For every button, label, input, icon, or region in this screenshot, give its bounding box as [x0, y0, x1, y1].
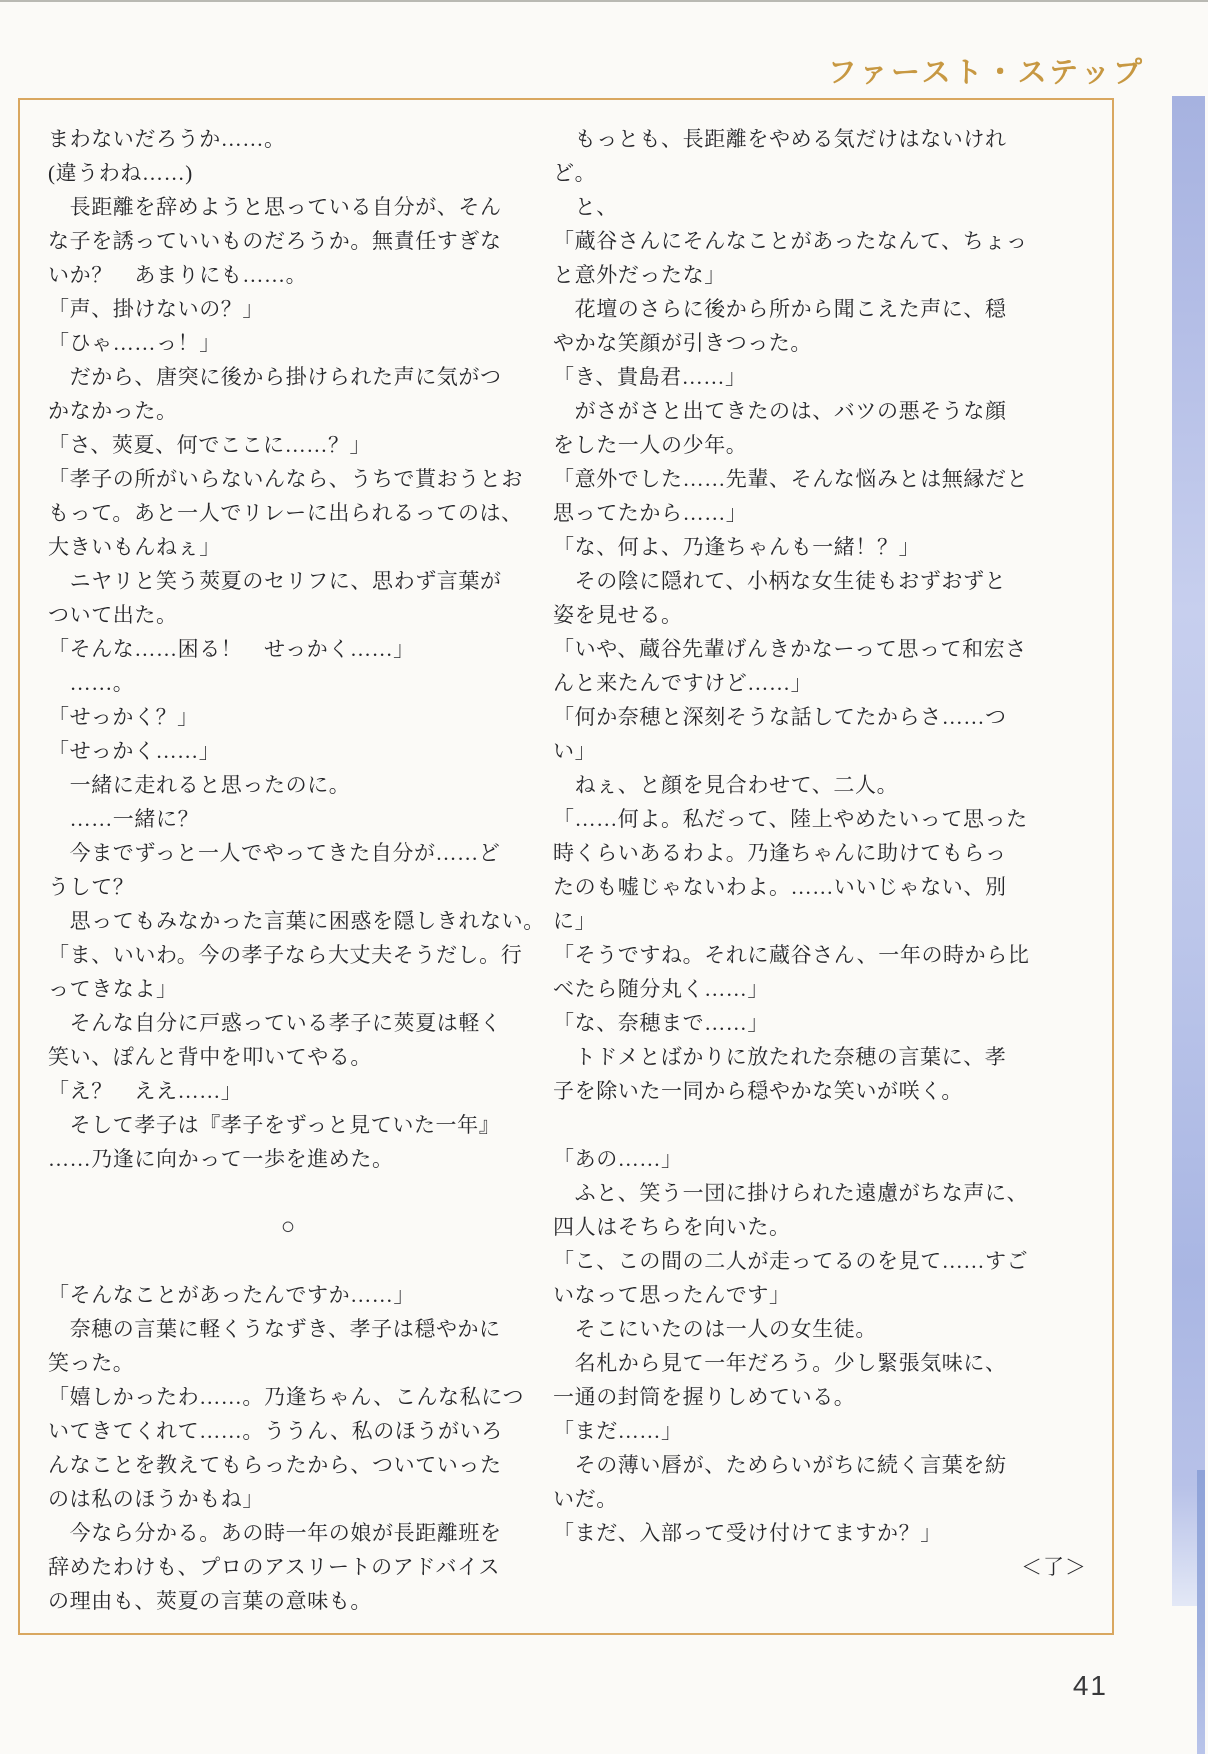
text-line: 「そんな……困る！ せっかく……」 — [48, 632, 528, 666]
text-line: たのも嘘じゃないわよ。……いいじゃない、別 — [553, 870, 1101, 904]
text-line: いか？ あまりにも……。 — [48, 258, 528, 292]
text-line: まわないだろうか……。 — [48, 122, 528, 156]
right-column-lines: もっとも、長距離をやめる気だけはないけれど。 と、「蔵谷さんにそんなことがあった… — [553, 122, 1101, 1550]
text-line: 「せっかく？」 — [48, 700, 528, 734]
text-line: 「な、何よ、乃逢ちゃんも一緒！？」 — [553, 530, 1101, 564]
right-column: もっとも、長距離をやめる気だけはないけれど。 と、「蔵谷さんにそんなことがあった… — [553, 122, 1101, 1584]
text-line: 姿を見せる。 — [553, 598, 1101, 632]
text-line: 「え？ ええ……」 — [48, 1074, 528, 1108]
text-line: やかな笑顔が引きつった。 — [553, 326, 1101, 360]
page-header-title: ファースト・ステップ — [828, 50, 1145, 91]
text-line: 「まだ、入部って受け付けてますか？」 — [553, 1516, 1101, 1550]
text-line: いだ。 — [553, 1482, 1101, 1516]
text-line: んと来たんですけど……」 — [553, 666, 1101, 700]
page-top-edge — [0, 0, 1208, 2]
text-line: 大きいもんねぇ」 — [48, 530, 528, 564]
section-divider-circle: ○ — [48, 1176, 528, 1278]
text-line: もって。あと一人でリレーに出られるってのは、 — [48, 496, 528, 530]
text-line: 笑った。 — [48, 1346, 528, 1380]
text-line: うして？ — [48, 870, 528, 904]
text-line — [553, 1108, 1101, 1142]
text-line: がさがさと出てきたのは、バツの悪そうな顔 — [553, 394, 1101, 428]
text-line: 「な、奈穂まで……」 — [553, 1006, 1101, 1040]
text-frame: まわないだろうか……。(違うわね……) 長距離を辞めようと思っている自分が、そん… — [18, 98, 1114, 1635]
text-line: そんな自分に戸惑っている孝子に莢夏は軽く — [48, 1006, 528, 1040]
left-column: まわないだろうか……。(違うわね……) 長距離を辞めようと思っている自分が、そん… — [48, 122, 528, 1618]
text-line: 四人はそちらを向いた。 — [553, 1210, 1101, 1244]
text-line: もっとも、長距離をやめる気だけはないけれ — [553, 122, 1101, 156]
text-line: かなかった。 — [48, 394, 528, 428]
text-line: 一緒に走れると思ったのに。 — [48, 768, 528, 802]
text-line: 一通の封筒を握りしめている。 — [553, 1380, 1101, 1414]
text-line: のは私のほうかもね」 — [48, 1482, 528, 1516]
text-line: 「嬉しかったわ……。乃逢ちゃん、こんな私につ — [48, 1380, 528, 1414]
text-line: 花壇のさらに後から所から聞こえた声に、穏 — [553, 292, 1101, 326]
text-line: ……一緒に？ — [48, 802, 528, 836]
text-line: 思ってもみなかった言葉に困惑を隠しきれない。 — [48, 904, 528, 938]
text-line: ……。 — [48, 666, 528, 700]
book-page: ファースト・ステップ まわないだろうか……。(違うわね……) 長距離を辞めようと… — [0, 0, 1208, 1754]
text-line: 「いや、蔵谷先輩げんきかなーって思って和宏さ — [553, 632, 1101, 666]
text-line: ど。 — [553, 156, 1101, 190]
text-line: 「まだ……」 — [553, 1414, 1101, 1448]
text-line: ……乃逢に向かって一歩を進めた。 — [48, 1142, 528, 1176]
text-line: (違うわね……) — [48, 156, 528, 190]
page-edge-strip — [1172, 96, 1205, 1606]
text-line: ふと、笑う一団に掛けられた遠慮がちな声に、 — [553, 1176, 1101, 1210]
text-line: 「あの……」 — [553, 1142, 1101, 1176]
text-line: ってきなよ」 — [48, 972, 528, 1006]
text-line: 「せっかく……」 — [48, 734, 528, 768]
text-line: 「意外でした……先輩、そんな悩みとは無縁だと — [553, 462, 1101, 496]
text-line: ねぇ、と顔を見合わせて、二人。 — [553, 768, 1101, 802]
text-line: 「声、掛けないの？」 — [48, 292, 528, 326]
text-line: いてきてくれて……。ううん、私のほうがいろ — [48, 1414, 528, 1448]
text-line: と、 — [553, 190, 1101, 224]
text-line: に」 — [553, 904, 1101, 938]
text-line: ニヤリと笑う莢夏のセリフに、思わず言葉が — [48, 564, 528, 598]
text-line: 「孝子の所がいらないんなら、うちで貰おうとお — [48, 462, 528, 496]
text-line: だから、唐突に後から掛けられた声に気がつ — [48, 360, 528, 394]
text-line: 笑い、ぽんと背中を叩いてやる。 — [48, 1040, 528, 1074]
text-line: トドメとばかりに放たれた奈穂の言葉に、孝 — [553, 1040, 1101, 1074]
text-line: そこにいたのは一人の女生徒。 — [553, 1312, 1101, 1346]
text-line: そして孝子は『孝子をずっと見ていた一年』 — [48, 1108, 528, 1142]
text-line: 長距離を辞めようと思っている自分が、そん — [48, 190, 528, 224]
text-line: い」 — [553, 734, 1101, 768]
text-line: 辞めたわけも、プロのアスリートのアドバイス — [48, 1550, 528, 1584]
text-line: 時くらいあるわよ。乃逢ちゃんに助けてもらっ — [553, 836, 1101, 870]
text-line: いなって思ったんです」 — [553, 1278, 1101, 1312]
text-line: 「そうですね。それに蔵谷さん、一年の時から比 — [553, 938, 1101, 972]
text-line: 「……何よ。私だって、陸上やめたいって思った — [553, 802, 1101, 836]
left-column-part2: 「そんなことがあったんですか……」 奈穂の言葉に軽くうなずき、孝子は穏やかに笑っ… — [48, 1278, 528, 1618]
text-line: その薄い唇が、ためらいがちに続く言葉を紡 — [553, 1448, 1101, 1482]
text-line: 「こ、この間の二人が走ってるのを見て……すご — [553, 1244, 1101, 1278]
text-line: 今までずっと一人でやってきた自分が……ど — [48, 836, 528, 870]
text-line: 「ひゃ……っ！」 — [48, 326, 528, 360]
text-line: 名札から見て一年だろう。少し緊張気味に、 — [553, 1346, 1101, 1380]
text-line: 「何か奈穂と深刻そうな話してたからさ……つ — [553, 700, 1101, 734]
text-line: 今なら分かる。あの時一年の娘が長距離班を — [48, 1516, 528, 1550]
text-line: 思ってたから……」 — [553, 496, 1101, 530]
page-edge-line — [1197, 1470, 1205, 1754]
text-line: 子を除いた一同から穏やかな笑いが咲く。 — [553, 1074, 1101, 1108]
text-line: 奈穂の言葉に軽くうなずき、孝子は穏やかに — [48, 1312, 528, 1346]
text-line: 「さ、莢夏、何でここに……？」 — [48, 428, 528, 462]
text-line: 「そんなことがあったんですか……」 — [48, 1278, 528, 1312]
text-line: 「蔵谷さんにそんなことがあったなんて、ちょっ — [553, 224, 1101, 258]
text-line: な子を誘っていいものだろうか。無責任すぎな — [48, 224, 528, 258]
text-line: んなことを教えてもらったから、ついていった — [48, 1448, 528, 1482]
text-line: をした一人の少年。 — [553, 428, 1101, 462]
text-line: べたら随分丸く……」 — [553, 972, 1101, 1006]
text-line: その陰に隠れて、小柄な女生徒もおずおずと — [553, 564, 1101, 598]
page-number: 41 — [1073, 1670, 1108, 1702]
end-mark: ＜了＞ — [553, 1550, 1101, 1584]
text-line: 「き、貴島君……」 — [553, 360, 1101, 394]
text-line: 「ま、いいわ。今の孝子なら大丈夫そうだし。行 — [48, 938, 528, 972]
text-line: の理由も、莢夏の言葉の意味も。 — [48, 1584, 528, 1618]
left-column-part1: まわないだろうか……。(違うわね……) 長距離を辞めようと思っている自分が、そん… — [48, 122, 528, 1176]
text-line: ついて出た。 — [48, 598, 528, 632]
text-line: と意外だったな」 — [553, 258, 1101, 292]
